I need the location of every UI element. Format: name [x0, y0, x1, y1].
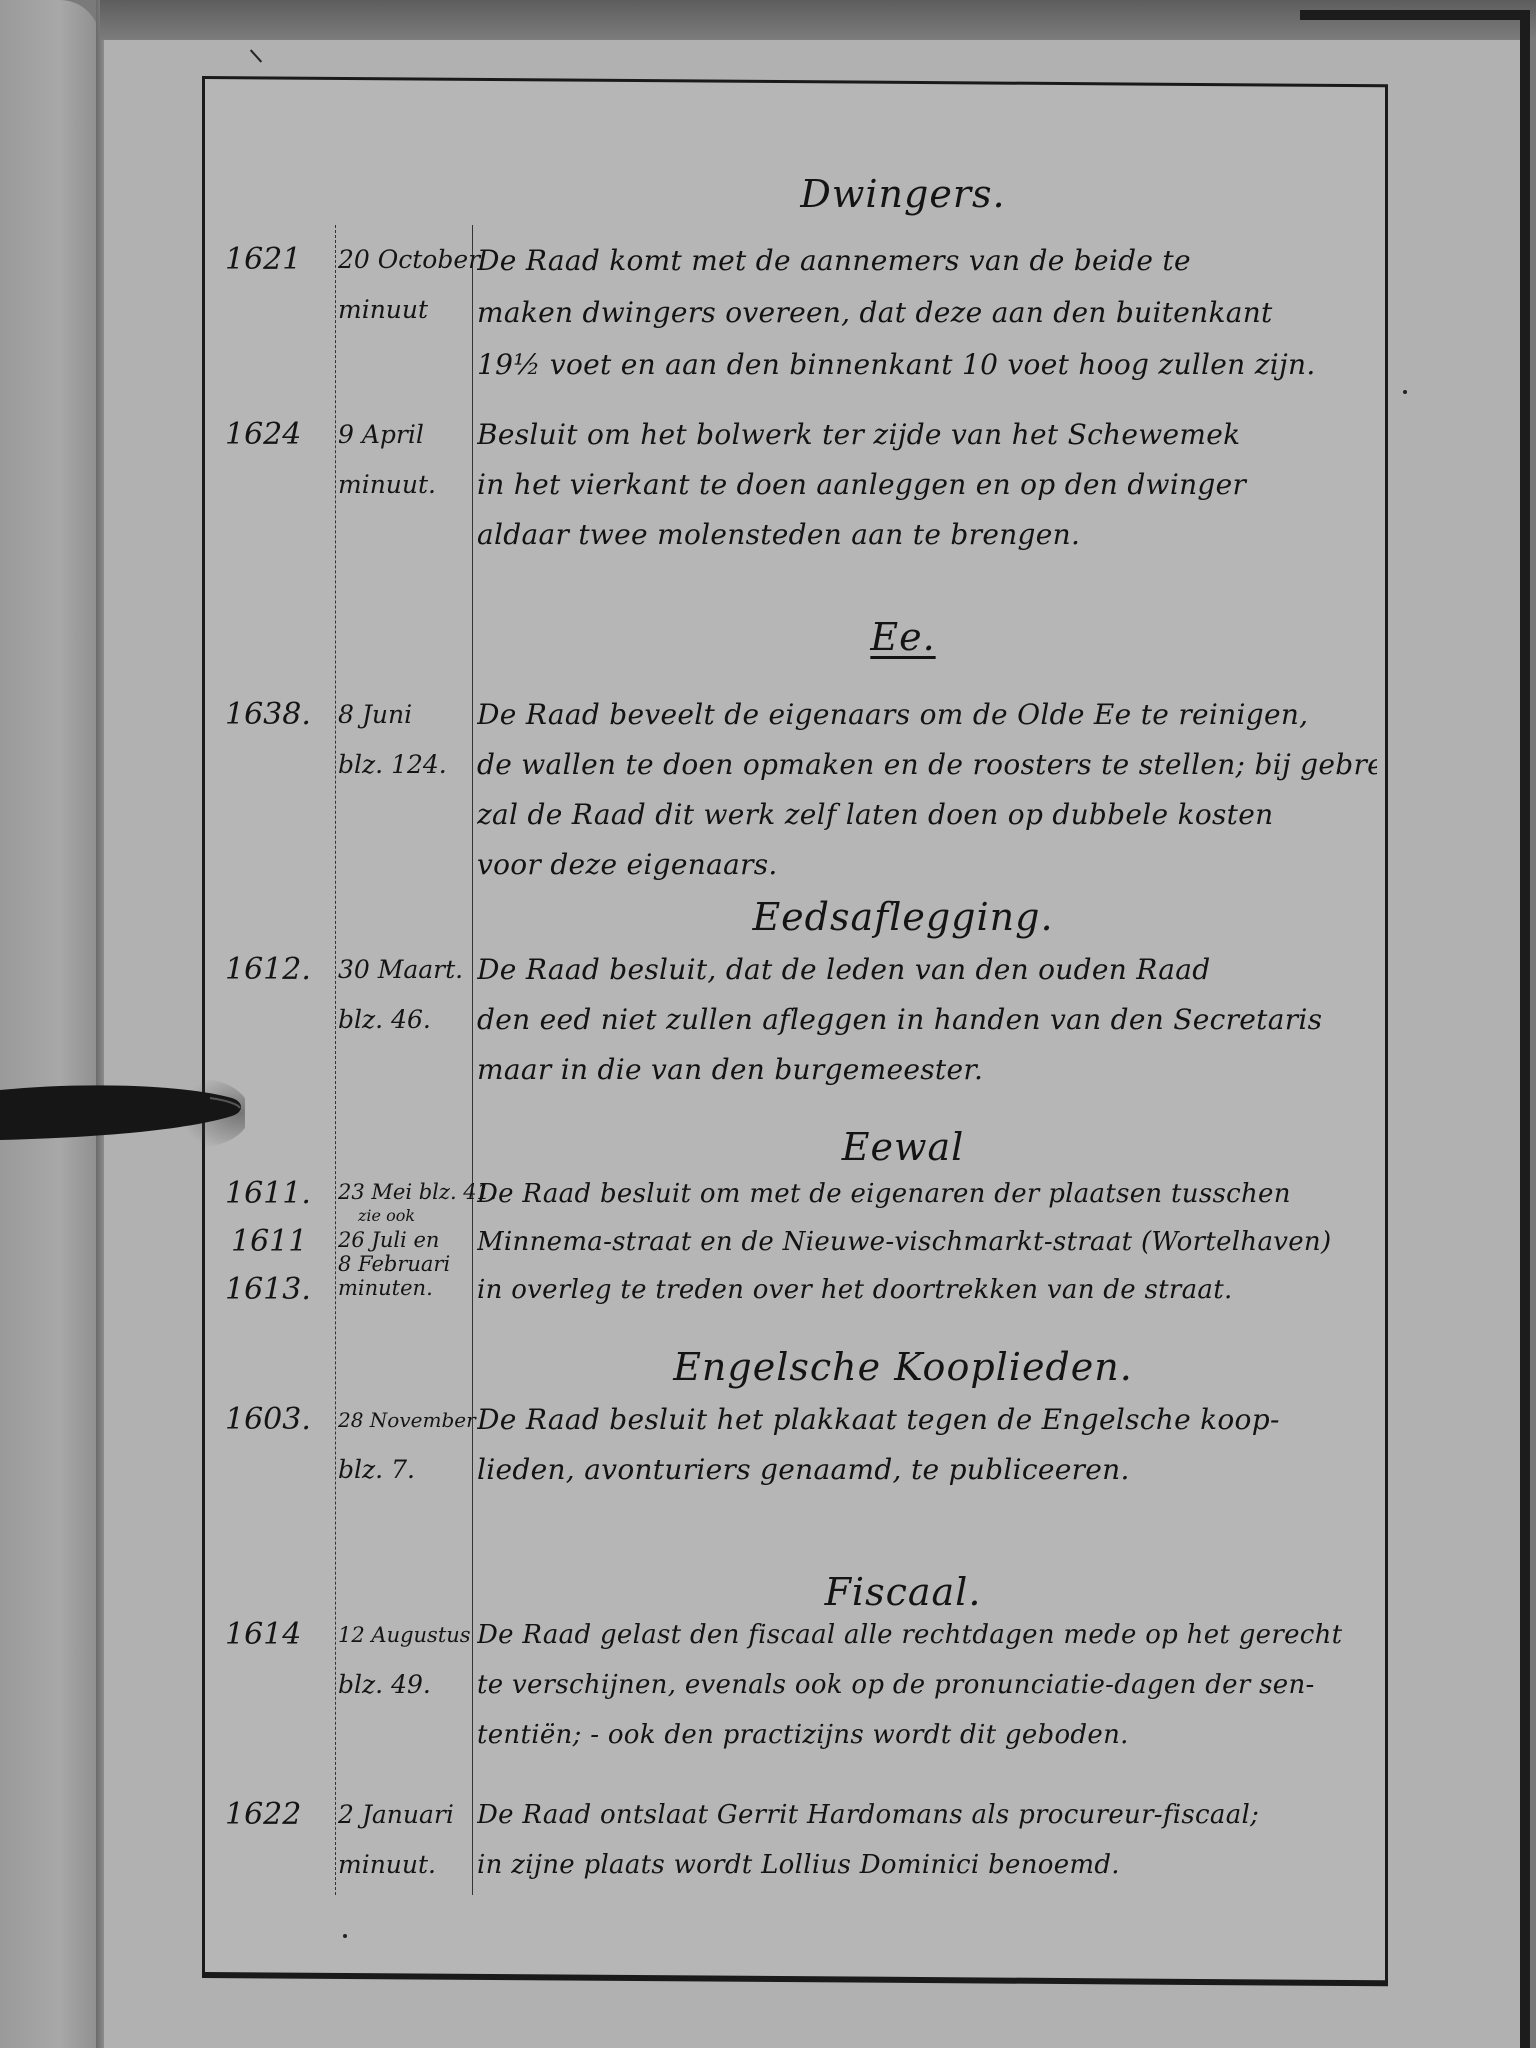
entry-reference: 8 Juni blz. 124. — [338, 690, 473, 790]
pen-icon — [0, 1068, 245, 1148]
entry-line: lieden, avonturiers genaamd, te publicee… — [477, 1445, 1377, 1495]
entry-year: 1611. — [225, 1170, 330, 1218]
entry-line: voor deze eigenaars. — [477, 840, 1377, 890]
next-page-border-top — [1300, 10, 1530, 20]
entry-year: 1624 — [225, 410, 330, 460]
entry-source: minuut — [338, 285, 473, 335]
section-heading-eewal: Eewal — [473, 1125, 1333, 1169]
entry-line: aldaar twee molensteden aan te brengen. — [477, 510, 1377, 560]
entry-line: Besluit om het bolwerk ter zijde van het… — [477, 410, 1377, 460]
entry-text: De Raad beveelt de eigenaars om de Olde … — [477, 690, 1377, 890]
entry-date: 30 Maart. — [338, 945, 473, 995]
column-rule-date — [335, 225, 336, 1895]
entry-year: 1622 — [225, 1790, 330, 1840]
entry-date: 8 Juni — [338, 690, 473, 740]
entry-line: den eed niet zullen afleggen in handen v… — [477, 995, 1377, 1045]
entry-date: 26 Juli en — [338, 1228, 473, 1252]
entry-date: 20 October — [338, 235, 473, 285]
entry-line: Minnema-straat en de Nieuwe-vischmarkt-s… — [477, 1218, 1377, 1266]
entry-text: De Raad besluit het plakkaat tegen de En… — [477, 1395, 1377, 1495]
entry-reference: 2 Januari minuut. — [338, 1790, 473, 1890]
section-heading-ee: Ee. — [473, 615, 1333, 659]
entry-source: blz. 124. — [338, 740, 473, 790]
entry-line: maar in die van den burgemeester. — [477, 1045, 1377, 1095]
section-heading-eedsaflegging: Eedsaflegging. — [473, 895, 1333, 939]
paper-speck — [1403, 390, 1407, 394]
entry-reference: 23 Mei blz. 41. zie ook 26 Juli en 8 Feb… — [338, 1180, 473, 1300]
entry-text: De Raad ontslaat Gerrit Hardomans als pr… — [477, 1790, 1377, 1890]
entry-reference: 30 Maart. blz. 46. — [338, 945, 473, 1045]
top-shadow — [100, 0, 1536, 40]
entry-line: in het vierkant te doen aanleggen en op … — [477, 460, 1377, 510]
entry-line: te verschijnen, evenals ook op de pronun… — [477, 1660, 1377, 1710]
entry-reference: 12 Augustus blz. 49. — [338, 1610, 473, 1710]
entry-year: 1621 — [225, 235, 330, 285]
entry-year: 1611 — [225, 1218, 330, 1266]
entry-source: blz. 46. — [338, 995, 473, 1045]
entry-line: De Raad gelast den fiscaal alle rechtdag… — [477, 1610, 1377, 1660]
entry-text: Besluit om het bolwerk ter zijde van het… — [477, 410, 1377, 560]
entry-source: minuut. — [338, 460, 473, 510]
entry-date: 28 November — [338, 1395, 473, 1445]
entry-date: 2 Januari — [338, 1790, 473, 1840]
entry-line: 19½ voet en aan den binnenkant 10 voet h… — [477, 339, 1377, 391]
entry-year: 1638. — [225, 690, 330, 740]
entry-date: 8 Februari — [338, 1252, 473, 1276]
entry-line: de wallen te doen opmaken en de roosters… — [477, 740, 1377, 790]
entry-years: 1611. 1611 1613. — [225, 1170, 330, 1314]
entry-line: in zijne plaats wordt Lollius Dominici b… — [477, 1840, 1377, 1890]
entry-date: 12 Augustus — [338, 1610, 473, 1660]
entry-source: minuut. — [338, 1840, 473, 1890]
paper-speck — [343, 1934, 347, 1938]
section-heading-engelsche-kooplieden: Engelsche Kooplieden. — [473, 1345, 1333, 1389]
entry-text: De Raad gelast den fiscaal alle rechtdag… — [477, 1610, 1377, 1760]
entry-date: 23 Mei blz. 41. — [338, 1180, 473, 1204]
entry-year: 1603. — [225, 1395, 330, 1445]
entry-line: De Raad besluit, dat de leden van den ou… — [477, 945, 1377, 995]
entry-source: blz. 49. — [338, 1660, 473, 1710]
next-page-border-right — [1520, 10, 1530, 2048]
entry-text: De Raad komt met de aannemers van de bei… — [477, 235, 1377, 391]
section-heading-fiscaal: Fiscaal. — [473, 1570, 1333, 1614]
entry-line: maken dwingers overeen, dat deze aan den… — [477, 287, 1377, 339]
entry-see-also: zie ook — [338, 1204, 473, 1228]
entry-line: De Raad besluit om met de eigenaren der … — [477, 1170, 1377, 1218]
entry-text: De Raad besluit, dat de leden van den ou… — [477, 945, 1377, 1095]
entry-line: tentiën; - ook den practizijns wordt dit… — [477, 1710, 1377, 1760]
entry-year: 1612. — [225, 945, 330, 995]
entry-line: in overleg te treden over het doortrekke… — [477, 1266, 1377, 1314]
entry-date: 9 April — [338, 410, 473, 460]
section-heading-dwingers: Dwingers. — [473, 172, 1333, 216]
entry-line: De Raad komt met de aannemers van de bei… — [477, 235, 1377, 287]
entry-line: zal de Raad dit werk zelf laten doen op … — [477, 790, 1377, 840]
left-page-edge — [0, 0, 100, 2048]
entry-line: De Raad besluit het plakkaat tegen de En… — [477, 1395, 1377, 1445]
entry-year: 1613. — [225, 1266, 330, 1314]
entry-reference: 20 October minuut — [338, 235, 473, 335]
entry-line: De Raad ontslaat Gerrit Hardomans als pr… — [477, 1790, 1377, 1840]
entry-line: De Raad beveelt de eigenaars om de Olde … — [477, 690, 1377, 740]
entry-reference: 9 April minuut. — [338, 410, 473, 510]
entry-source: minuten. — [338, 1276, 473, 1300]
entry-year: 1614 — [225, 1610, 330, 1660]
entry-reference: 28 November blz. 7. — [338, 1395, 473, 1495]
entry-text: De Raad besluit om met de eigenaren der … — [477, 1170, 1377, 1314]
entry-source: blz. 7. — [338, 1445, 473, 1495]
